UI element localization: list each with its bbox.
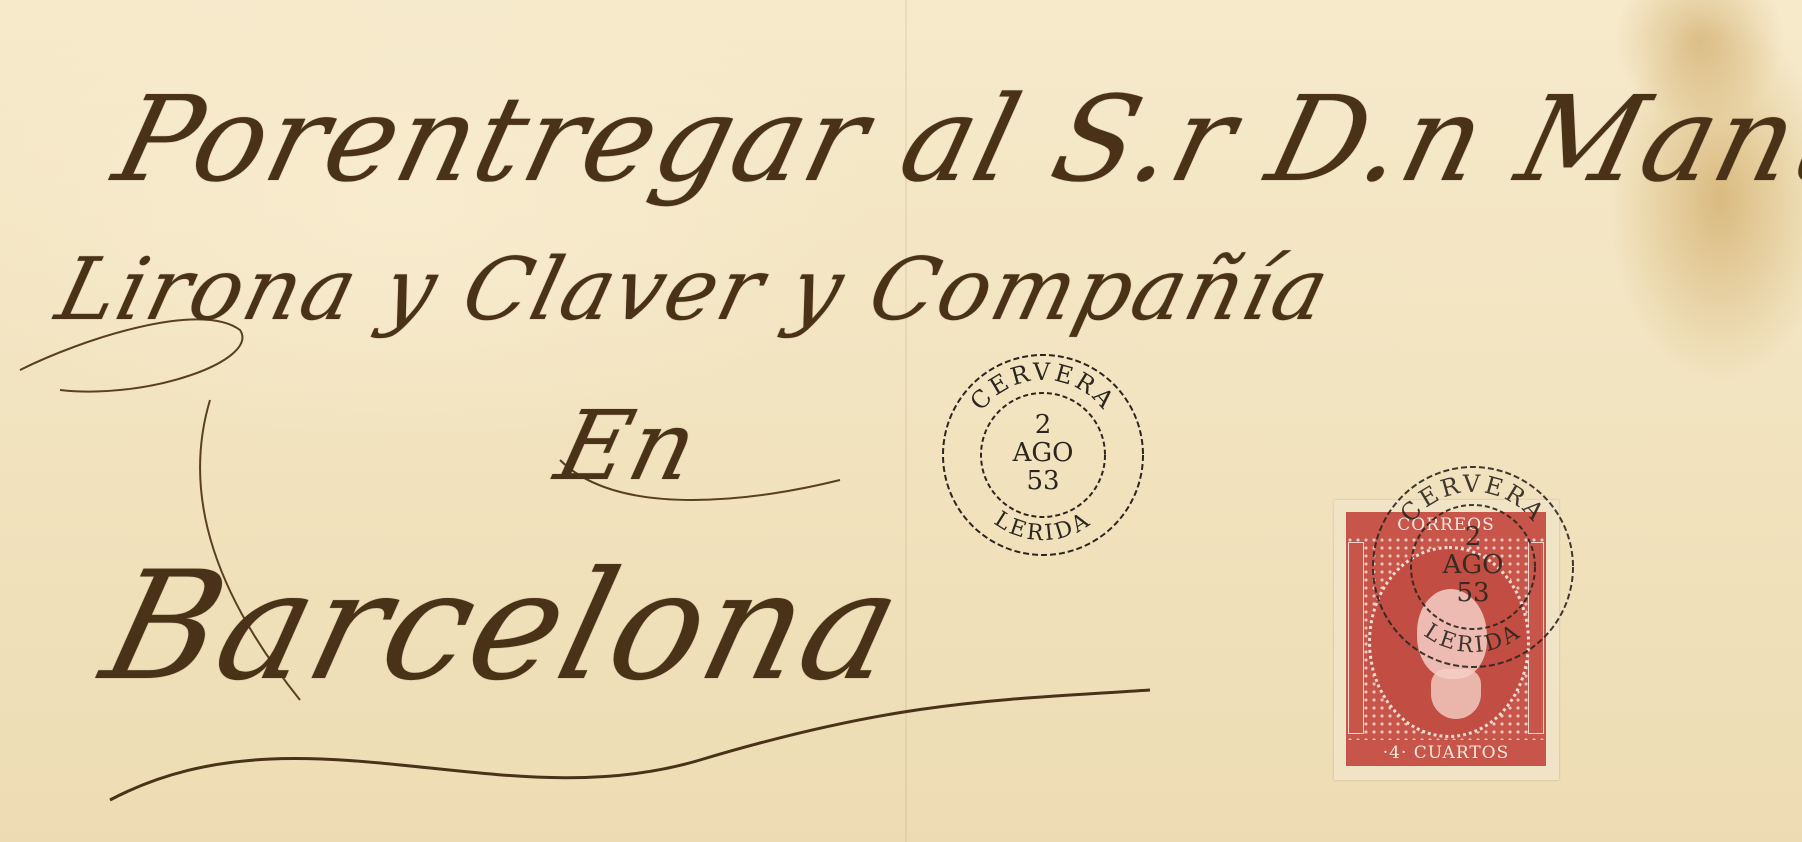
address-line-2: Lirona y Claver y Compañía	[48, 240, 1340, 340]
postmark-day: 2	[1368, 524, 1578, 550]
postmark-cervera: CERVERA LERIDA 2 AGO 53	[938, 350, 1148, 560]
svg-text:CERVERA: CERVERA	[965, 358, 1122, 416]
svg-text:CERVERA: CERVERA	[1395, 470, 1552, 528]
address-destination: Barcelona	[88, 540, 918, 714]
postmark-cancel-on-stamp: CERVERA LERIDA 2 AGO 53	[1368, 462, 1578, 672]
postmark-year: 53	[1368, 580, 1578, 606]
stamp-value: ·4· CUARTOS	[1346, 740, 1546, 766]
postmark-province: LERIDA	[1420, 619, 1527, 659]
postmark-day: 2	[938, 412, 1148, 438]
portrait-neck	[1431, 669, 1481, 719]
svg-text:LERIDA: LERIDA	[1420, 619, 1527, 659]
address-line-1: Porentregar al S.r D.n Manuel	[103, 70, 1802, 208]
postmark-town: CERVERA	[965, 358, 1122, 416]
stamp-left-border	[1348, 542, 1364, 734]
svg-text:LERIDA: LERIDA	[990, 507, 1097, 547]
postmark-month: AGO	[938, 440, 1148, 466]
postmark-year: 53	[938, 468, 1148, 494]
postmark-province: LERIDA	[990, 507, 1097, 547]
postal-cover: Porentregar al S.r D.n Manuel Lirona y C…	[0, 0, 1802, 842]
address-line-3: En	[546, 390, 710, 502]
postmark-month: AGO	[1368, 552, 1578, 578]
postmark-town: CERVERA	[1395, 470, 1552, 528]
